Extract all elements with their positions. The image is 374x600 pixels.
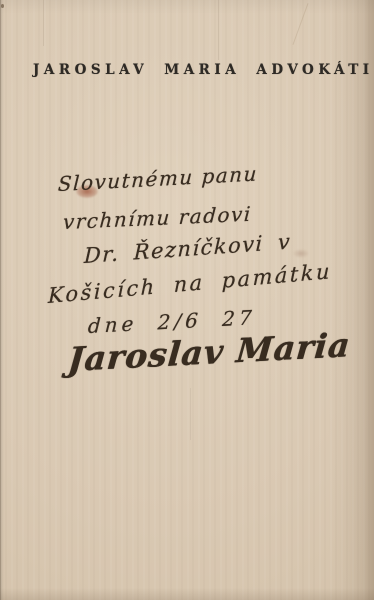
page-title: JAROSLAV MARIA ADVOKÁTI (33, 62, 374, 78)
ink-smudge (293, 249, 309, 258)
paper-speck (1, 4, 4, 8)
paper-crease (218, 0, 219, 60)
handwritten-line-3: Dr. Řezníčkovi v (84, 229, 292, 268)
paper-crease (190, 388, 191, 440)
handwritten-line-2: vrchnímu radovi (62, 202, 252, 234)
book-page: JAROSLAV MARIA ADVOKÁTI Slovutnému panu … (0, 0, 374, 600)
handwritten-line-1: Slovutnému panu (57, 161, 258, 196)
paper-scratch (293, 3, 309, 45)
paper-crease (43, 0, 44, 46)
